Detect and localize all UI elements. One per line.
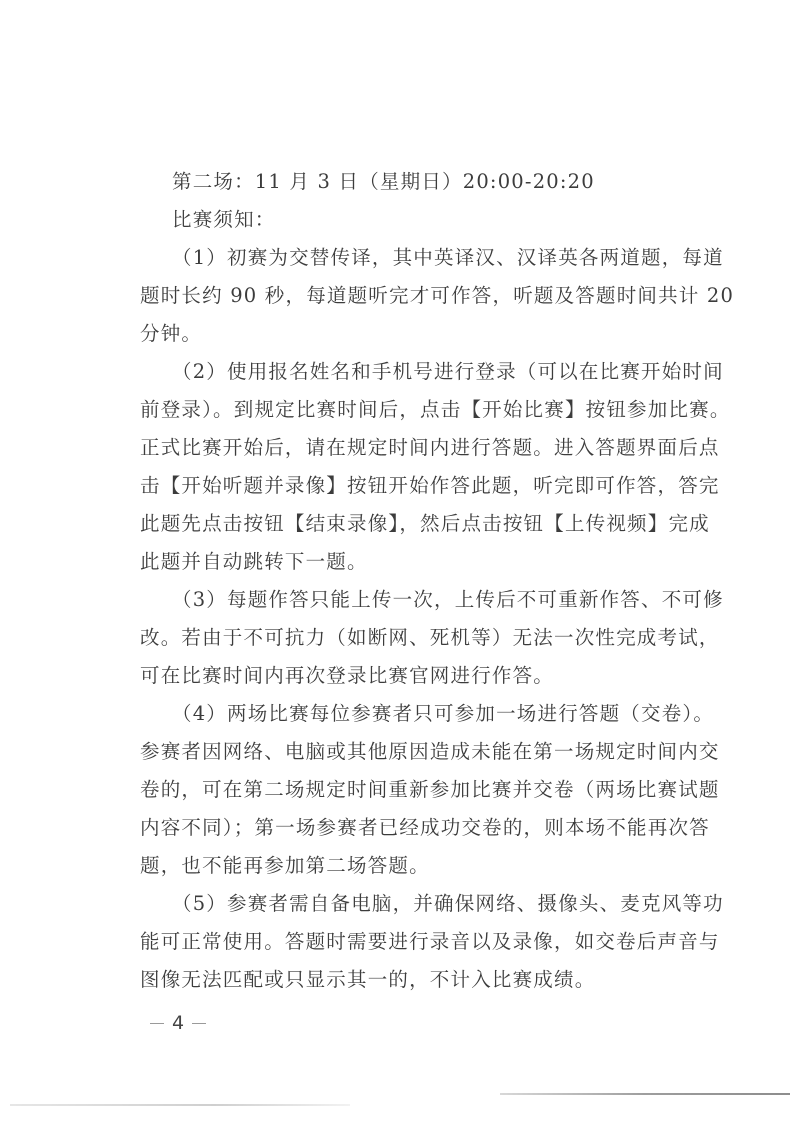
paragraph-line: （3）每题作答只能上传一次，上传后不可重新作答、不可修 xyxy=(172,588,702,612)
paragraph-line: 前登录）。到规定比赛时间后，点击【开始比赛】按钮参加比赛。 xyxy=(140,398,670,422)
paragraph-line: 题时长约 90 秒，每道题听完才可作答，听题及答题时间共计 20 xyxy=(140,284,670,308)
paragraph-line: 能可正常使用。答题时需要进行录音以及录像，如交卷后声音与 xyxy=(140,930,670,954)
paragraph-line: 此题先点击按钮【结束录像】，然后点击按钮【上传视频】完成 xyxy=(140,512,670,536)
dash-right xyxy=(192,1023,206,1024)
page-number-value: 4 xyxy=(172,1012,184,1034)
document-page: 第二场：11 月 3 日（星期日）20:00-20:20 比赛须知： （1）初赛… xyxy=(0,0,800,1132)
paragraph-line: （2）使用报名姓名和手机号进行登录（可以在比赛开始时间 xyxy=(172,360,702,384)
paragraph-line: 正式比赛开始后，请在规定时间内进行答题。进入答题界面后点 xyxy=(140,436,670,460)
paragraph-line: 内容不同）；第一场参赛者已经成功交卷的，则本场不能再次答 xyxy=(140,816,670,840)
paragraph-line: 图像无法匹配或只显示其一的，不计入比赛成绩。 xyxy=(140,968,670,992)
dash-left xyxy=(150,1023,164,1024)
paragraph-line: （1）初赛为交替传译，其中英译汉、汉译英各两道题，每道 xyxy=(172,246,702,270)
paragraph-line: 击【开始听题并录像】按钮开始作答此题，听完即可作答，答完 xyxy=(140,474,670,498)
paragraph-line: 可在比赛时间内再次登录比赛官网进行作答。 xyxy=(140,664,670,688)
paragraph-line: 此题并自动跳转下一题。 xyxy=(140,550,670,574)
scan-edge-line-left xyxy=(10,1104,350,1106)
paragraph-line: 参赛者因网络、电脑或其他原因造成未能在第一场规定时间内交 xyxy=(140,740,670,764)
scan-edge-line-right xyxy=(500,1093,790,1095)
paragraph-line: 题，也不能再参加第二场答题。 xyxy=(140,854,670,878)
paragraph-line: （4）两场比赛每位参赛者只可参加一场进行答题（交卷）。 xyxy=(172,702,702,726)
paragraph-line: 卷的，可在第二场规定时间重新参加比赛并交卷（两场比赛试题 xyxy=(140,778,670,802)
notice-heading: 比赛须知： xyxy=(172,208,702,232)
session-schedule-line: 第二场：11 月 3 日（星期日）20:00-20:20 xyxy=(172,170,702,194)
paragraph-line: 分钟。 xyxy=(140,322,670,346)
page-number: 4 xyxy=(150,1012,206,1034)
paragraph-line: 改。若由于不可抗力（如断网、死机等）无法一次性完成考试， xyxy=(140,626,670,650)
paragraph-line: （5）参赛者需自备电脑，并确保网络、摄像头、麦克风等功 xyxy=(172,892,702,916)
